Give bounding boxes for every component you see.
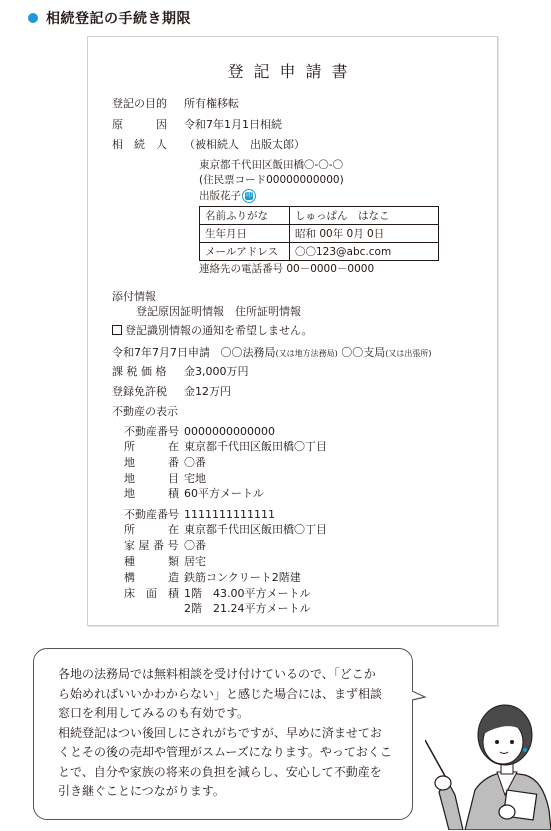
tax-value-label: 課 税 価 格 [112,365,167,379]
notice-checkbox-row[interactable]: 登記識別情報の通知を希望しません。 [112,324,313,338]
heir-name-row: 出版花子印 [199,189,256,203]
building-label: 種 類 [124,555,179,569]
notice-checkbox-label: 登記識別情報の通知を希望しません。 [125,324,313,337]
building-value: 1111111111111 [184,508,275,522]
bubble-line: とで、自分や家族の将来の負担を減らし、安心して不動産を [58,763,398,783]
land-label: 地 番 [124,456,179,470]
building-value: 1階 43.00平方メートル [184,587,311,601]
bubble-line: 引き継ぐことにつながります。 [58,782,398,802]
resident-code: (住民票コード00000000000) [199,173,344,187]
land-value: 60平方メートル [184,487,264,501]
land-value: 宅地 [184,472,206,486]
bureau-main-note: (又は地方法務局) [276,349,338,358]
purpose-label: 登記の目的 [112,97,167,111]
building-label: 不動産番号 [124,508,179,522]
building-value: 居宅 [184,555,206,569]
building-value: 東京都千代田区飯田橋〇丁目 [184,523,327,537]
bureau-branch: 〇〇支局 [341,346,385,359]
table-row: メールアドレス 〇〇123@abc.com [200,243,439,261]
cause-label: 原 因 [112,118,167,132]
property-header: 不動産の表示 [112,405,178,419]
table-key: メールアドレス [200,243,290,261]
attachments-label: 添付情報 [112,290,156,304]
land-value: 東京都千代田区飯田橋〇丁目 [184,440,327,454]
cause-value: 令和7年1月1日相続 [184,118,282,132]
bureau-main: 〇〇法務局 [221,346,276,359]
registration-tax-label: 登録免許税 [112,385,167,399]
building-value: 鉄筋コンクリート2階建 [184,571,301,585]
contact-table: 名前ふりがな しゅっぱん はなこ 生年月日 昭和 00年 0月 0日 メールアド… [199,206,439,261]
building-label: 床 面 積 [124,587,179,601]
seal-stamp-icon: 印 [242,189,256,203]
checkbox[interactable] [112,325,122,335]
building-value: 2階 21.24平方メートル [184,602,311,616]
bubble-line: 各地の法務局では無料相談を受け付けているので、「どこか [58,665,398,685]
registration-application-form: 登記申請書 登記の目的 所有権移転 原 因 令和7年1月1日相続 相 続 人 （… [87,36,498,626]
table-value: しゅっぱん はなこ [290,207,439,225]
building-label: 構 造 [124,571,179,585]
document-title: 登記申請書 [88,59,497,82]
bureau-branch-note: (又は出張所) [385,349,431,358]
land-value: 0000000000000 [184,425,275,439]
attachments-value: 登記原因証明情報 住所証明情報 [136,305,301,319]
table-value: 〇〇123@abc.com [290,243,439,261]
speech-bubble: 各地の法務局では無料相談を受け付けているので、「どこか ら始めればいいかわからな… [33,648,413,820]
bubble-line: ら始めればいいかわからない」と感じた場合には、まず相談 [58,685,398,705]
table-key: 生年月日 [200,225,290,243]
heir-label: 相 続 人 [112,138,167,152]
table-value: 昭和 00年 0月 0日 [290,225,439,243]
land-label: 不動産番号 [124,425,179,439]
teacher-with-pointer-icon [425,680,551,830]
section-heading: 相続登記の手続き期限 [28,8,191,28]
table-row: 生年月日 昭和 00年 0月 0日 [200,225,439,243]
speech-bubble-text: 各地の法務局では無料相談を受け付けているので、「どこか ら始めればいいかわからな… [58,665,398,802]
land-label: 地 積 [124,487,179,501]
purpose-value: 所有権移転 [184,97,239,111]
tax-value: 金3,000万円 [184,365,249,379]
land-label: 地 目 [124,472,179,486]
building-label: 家 屋 番 号 [124,539,179,553]
table-key: 名前ふりがな [200,207,290,225]
bubble-line: 相続登記はつい後回しにされがちですが、早めに済ませてお [58,724,398,744]
phone-number: 連絡先の電話番号 00－0000－0000 [199,262,374,276]
land-value: 〇番 [184,456,206,470]
registration-tax-value: 金12万円 [184,385,231,399]
application-row: 令和7年7月7日申請 〇〇法務局(又は地方法務局) 〇〇支局(又は出張所) [112,346,432,361]
section-title: 相続登記の手続き期限 [46,8,191,28]
building-value: 〇番 [184,539,206,553]
heir-value: （被相続人 出版太郎） [184,138,305,152]
table-row: 名前ふりがな しゅっぱん はなこ [200,207,439,225]
bubble-line: くとその後の売却や管理がスムーズになります。やっておくこ [58,743,398,763]
application-date: 令和7年7月7日申請 [112,346,210,359]
land-label: 所 在 [124,440,179,454]
bubble-line: 窓口を利用してみるのも有効です。 [58,704,398,724]
heir-name: 出版花子 [199,190,241,202]
building-label: 所 在 [124,523,179,537]
bullet-icon [28,13,38,23]
heir-address: 東京都千代田区飯田橋〇-〇-〇 [199,158,343,172]
